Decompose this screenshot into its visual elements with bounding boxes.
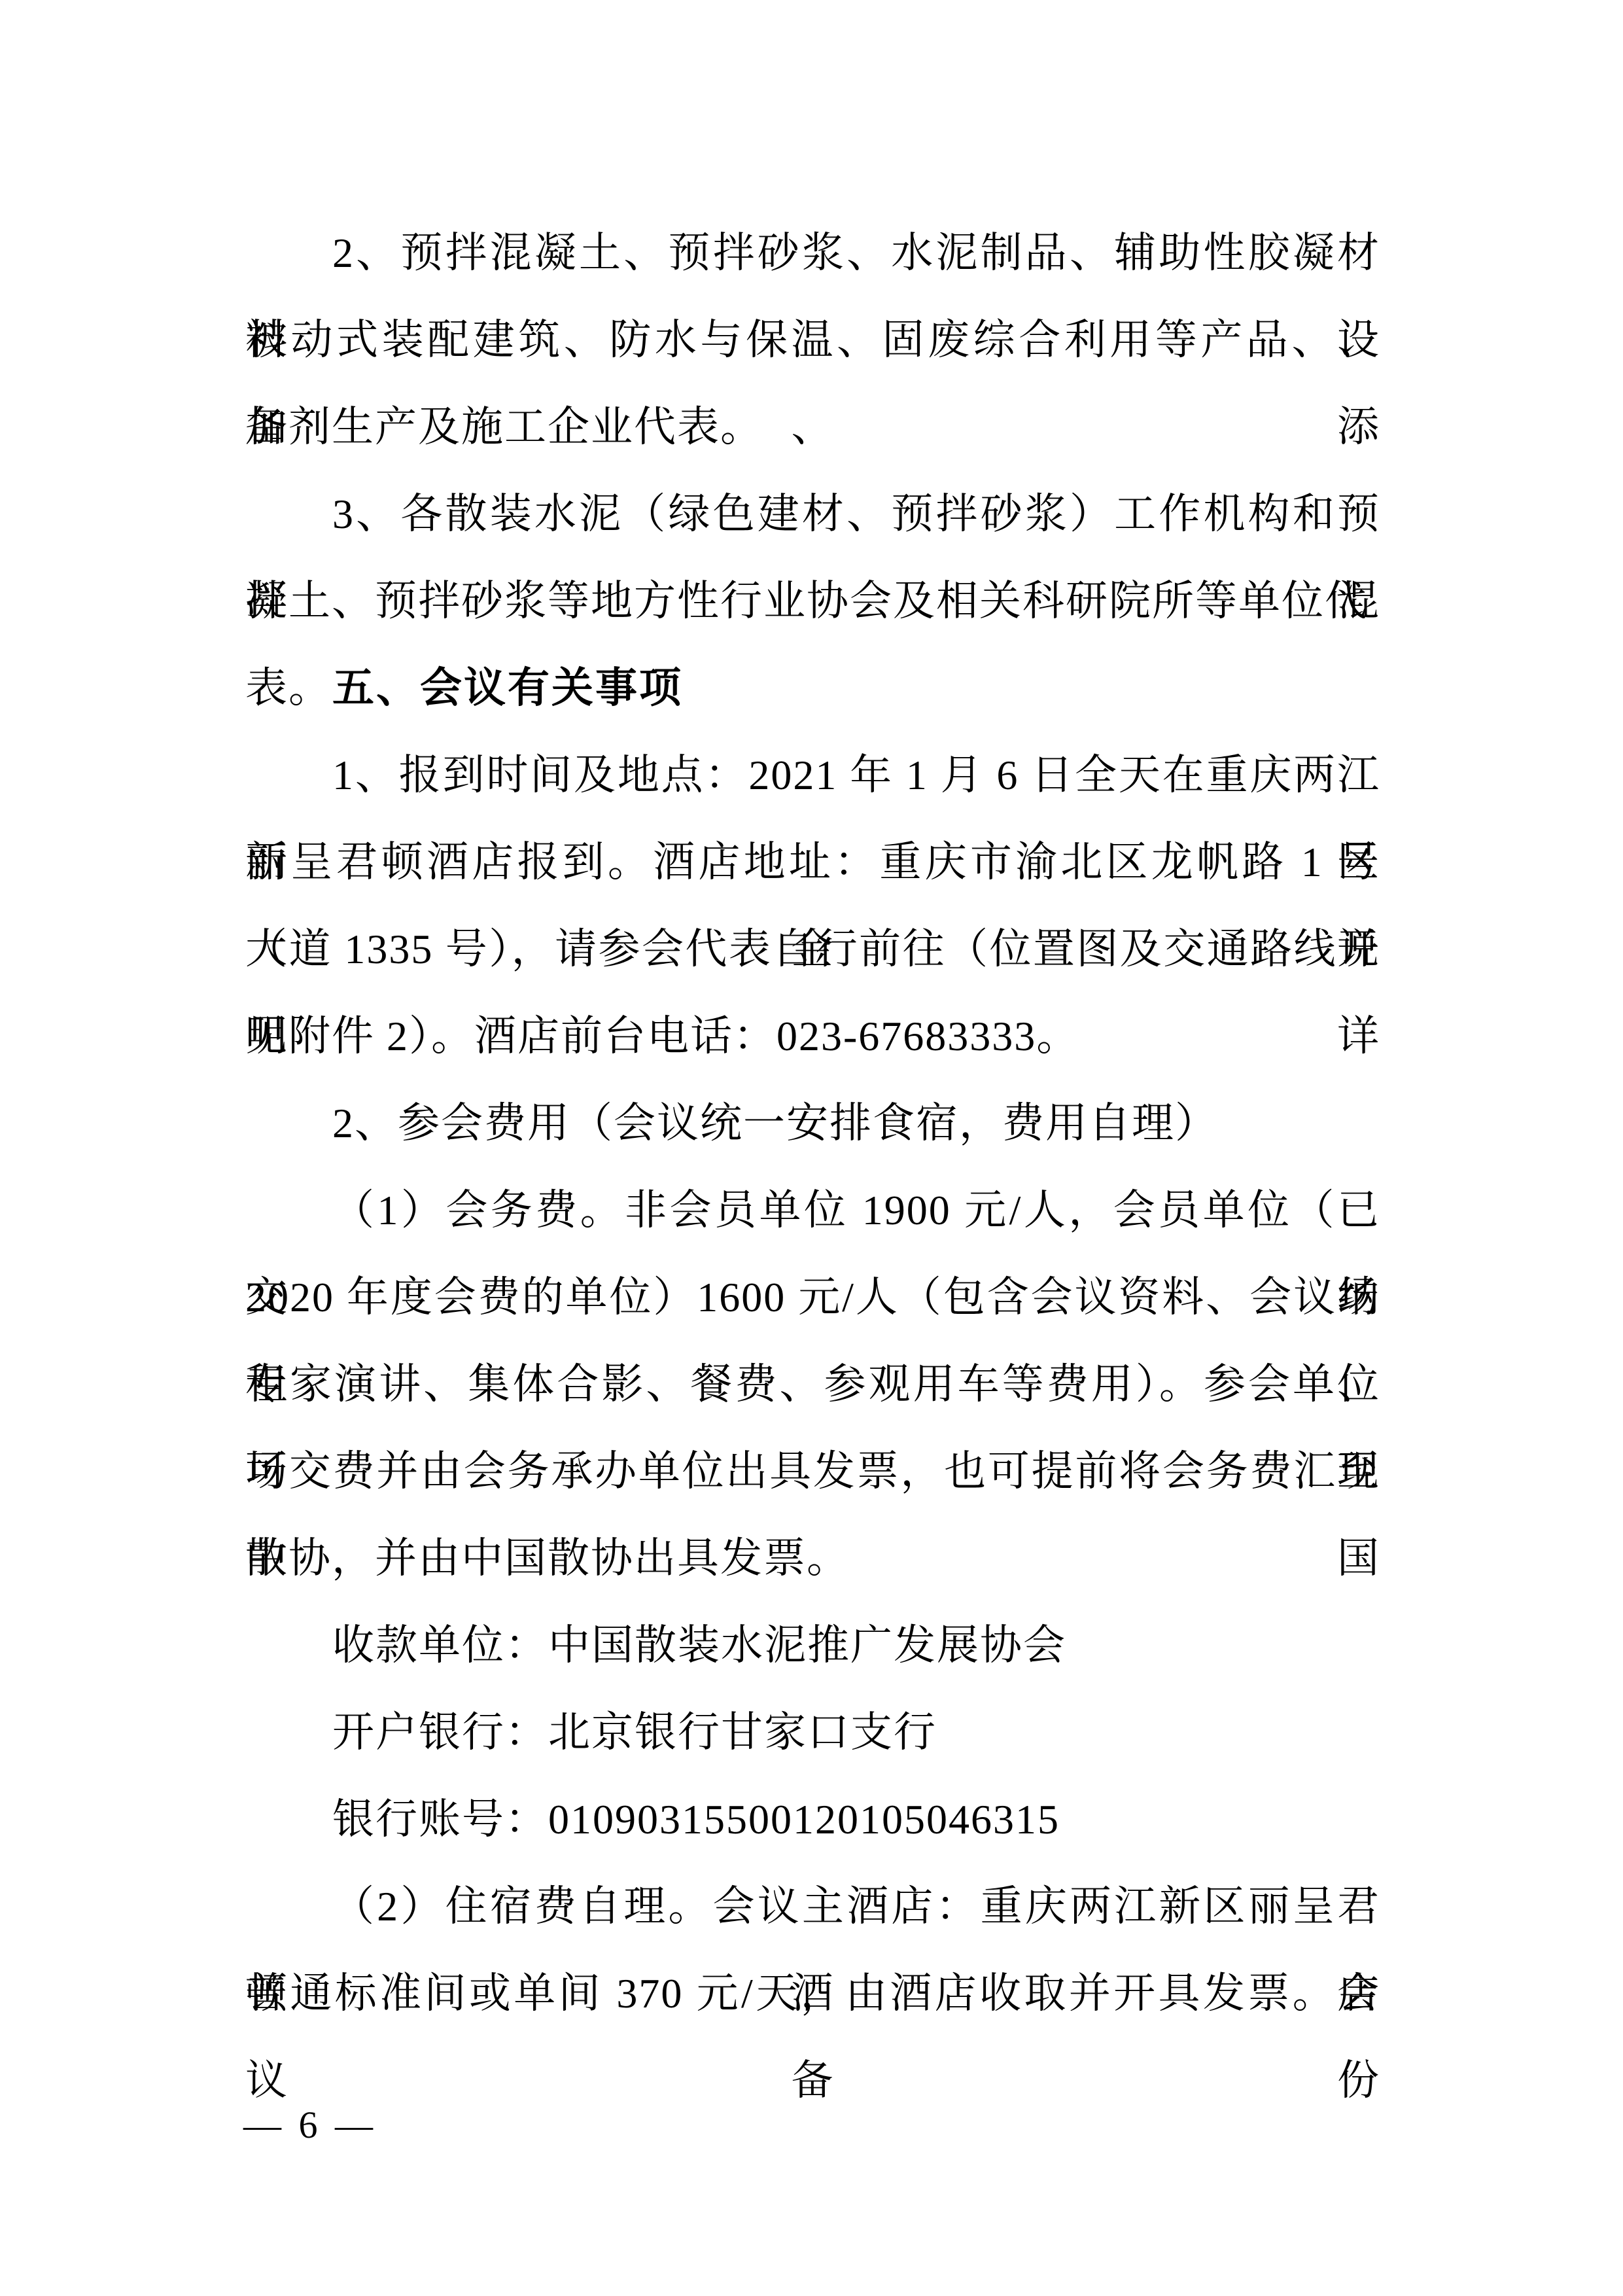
text-line: 银行账号：01090315500120105046315: [245, 1776, 1380, 1863]
section-heading: 五、会议有关事项: [245, 645, 1380, 732]
text-line: （1）会务费。非会员单位 1900 元/人，会员单位（已交纳: [245, 1167, 1380, 1254]
text-line: 3、各散装水泥（绿色建材、预拌砂浆）工作机构和预拌混: [245, 470, 1380, 557]
text-line: 1、报到时间及地点：2021 年 1 月 6 日全天在重庆两江新区: [245, 732, 1380, 819]
text-line: 普通标准间或单间 370 元/天，由酒店收取并开具发票。会议备份: [245, 1950, 1380, 2037]
text-line: 被动式装配建筑、防水与保温、固废综合利用等产品、设备、添: [245, 296, 1380, 383]
text-line: 2、预拌混凝土、预拌砂浆、水泥制品、辅助性胶凝材料、: [245, 209, 1380, 296]
text-line: 收款单位：中国散装水泥推广发展协会: [245, 1602, 1380, 1689]
text-line: 2、参会费用（会议统一安排食宿，费用自理）: [245, 1080, 1380, 1167]
text-line: 凝土、预拌砂浆等地方性行业协会及相关科研院所等单位代表。: [245, 557, 1380, 645]
text-line: 场交费并由会务承办单位出具发票，也可提前将会务费汇至中国: [245, 1428, 1380, 1515]
document-page: 2、预拌混凝土、预拌砂浆、水泥制品、辅助性胶凝材料、被动式装配建筑、防水与保温、…: [0, 0, 1623, 2296]
text-line: 大道 1335 号），请参会代表自行前往（位置图及交通路线说明详: [245, 906, 1380, 993]
text-line: 2020 年度会费的单位）1600 元/人（包含会议资料、会议场租、: [245, 1254, 1380, 1341]
page-number: — 6 —: [243, 2093, 377, 2158]
text-line: 开户银行：北京银行甘家口支行: [245, 1689, 1380, 1776]
text-line: （2）住宿费自理。会议主酒店：重庆两江新区丽呈君顿酒店: [245, 1863, 1380, 1950]
document-body: 2、预拌混凝土、预拌砂浆、水泥制品、辅助性胶凝材料、被动式装配建筑、防水与保温、…: [245, 209, 1380, 2037]
text-line: 专家演讲、集体合影、餐费、参观用车等费用）。参会单位可现: [245, 1341, 1380, 1428]
text-line: 丽呈君顿酒店报到。酒店地址：重庆市渝北区龙帆路 1 号（金开: [245, 819, 1380, 906]
